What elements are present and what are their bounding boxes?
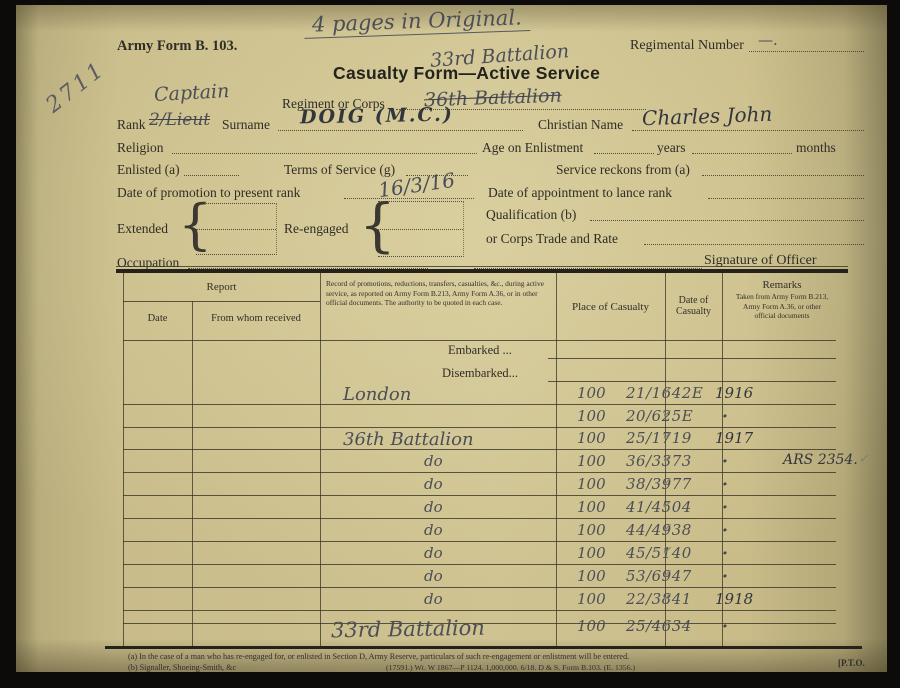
checkmark-icon: ✓ bbox=[661, 520, 673, 536]
reference-entry: 22/3841 bbox=[626, 590, 692, 608]
reengaged-label: Re-engaged bbox=[284, 221, 348, 237]
ditto-dot: · bbox=[722, 567, 728, 587]
age-years-leader bbox=[594, 151, 654, 154]
checkmark-icon: ✓ bbox=[661, 474, 673, 490]
terms-of-service-label: Terms of Service (g) bbox=[284, 162, 395, 178]
place-entry: 100 bbox=[577, 567, 606, 585]
lance-rank-label: Date of appointment to lance rank bbox=[488, 185, 672, 201]
extended-label: Extended bbox=[117, 221, 168, 237]
corps-trade-leader bbox=[644, 242, 864, 245]
footnote-b: (b) Signaller, Shoeing-Smith, &c bbox=[128, 663, 236, 672]
remarks-subheader: Taken from Army Form B.213, Army Form A.… bbox=[732, 292, 832, 321]
table-row: do 100 41/4504 ✓ · bbox=[16, 498, 887, 521]
scanned-document: 4 pages in Original. 2711 Army Form B. 1… bbox=[0, 0, 900, 688]
table-bottom-rule bbox=[105, 646, 862, 649]
christian-name-value: Charles John bbox=[642, 102, 773, 131]
religion-label: Religion bbox=[117, 140, 164, 156]
ditto-entry: do bbox=[424, 498, 443, 516]
table-top-rule-thin bbox=[116, 266, 848, 267]
report-date-header: Date bbox=[123, 313, 192, 324]
service-reckons-label: Service reckons from (a) bbox=[556, 162, 690, 178]
handwritten-pages-note: 4 pages in Original. bbox=[304, 5, 531, 39]
ditto-dot: · bbox=[722, 544, 728, 564]
table-row: do 100 45/5140 ✓ · bbox=[16, 544, 887, 567]
place-entry: 100 bbox=[577, 429, 606, 447]
form-number: Army Form B. 103. bbox=[117, 38, 237, 55]
table-row: 33rd Battalion 100 25/4634 ✓ · bbox=[16, 617, 887, 645]
years-label: years bbox=[657, 140, 685, 156]
regimental-number-leader bbox=[749, 49, 864, 52]
reference-entry: 53/6947 bbox=[626, 567, 692, 585]
checkmark-icon: ✓ bbox=[661, 406, 673, 422]
ditto-entry: do bbox=[424, 544, 443, 562]
qualification-leader bbox=[590, 218, 864, 221]
place-entry: 100 bbox=[577, 590, 606, 608]
place-entry: 100 bbox=[577, 407, 606, 425]
table-row: London 100 21/1642E ✓ 1916 bbox=[16, 384, 887, 407]
ditto-entry: do bbox=[424, 452, 443, 470]
table-row: 36th Battalion 100 25/1719 ✓ 1917 bbox=[16, 429, 887, 452]
report-divider bbox=[123, 301, 320, 302]
checkmark-icon: ✓ bbox=[661, 543, 673, 559]
christian-name-label: Christian Name bbox=[538, 117, 623, 133]
checkmark-icon: ✓ bbox=[661, 497, 673, 513]
date-entry: 1916 bbox=[715, 384, 753, 402]
rank-value: 2/Lieut bbox=[149, 110, 210, 130]
remarks-header: Remarks bbox=[722, 279, 842, 291]
embarked-label: Embarked ... bbox=[448, 343, 512, 358]
remarks-entry: ARS 2354. bbox=[783, 452, 858, 468]
place-entry: 100 bbox=[577, 384, 606, 402]
place-entry: 100 bbox=[577, 475, 606, 493]
table-row: do 100 38/3977 ✓ · bbox=[16, 475, 887, 498]
surname-label: Surname bbox=[222, 117, 270, 133]
reference-entry: 45/5140 bbox=[626, 544, 692, 562]
extended-box-midline bbox=[196, 227, 276, 230]
date-of-casualty-header-line1: Date of bbox=[665, 295, 722, 306]
surname-leader bbox=[278, 128, 523, 131]
checkmark-icon: ✓ bbox=[661, 428, 673, 444]
checkmark-icon: ✓ bbox=[858, 451, 870, 467]
ditto-entry: do bbox=[424, 590, 443, 608]
table-row: do 100 44/4938 ✓ · bbox=[16, 521, 887, 544]
date-entry: 1918 bbox=[715, 590, 753, 608]
regimental-number-value: —. bbox=[758, 31, 778, 49]
place-entry: 100 bbox=[577, 617, 606, 635]
corps-trade-label: or Corps Trade and Rate bbox=[486, 231, 618, 247]
footnote-a: (a) In the case of a man who has re-enga… bbox=[128, 652, 629, 661]
form-page: 4 pages in Original. 2711 Army Form B. 1… bbox=[16, 5, 887, 672]
record-header: Record of promotions, reductions, transf… bbox=[326, 279, 550, 308]
table-row: 100 20/625E ✓ · bbox=[16, 407, 887, 430]
handwritten-rank-note: Captain bbox=[153, 80, 229, 106]
ditto-entry: do bbox=[424, 475, 443, 493]
reference-entry: 41/4504 bbox=[626, 498, 692, 516]
table-row: do 100 36/3373 ✓ · ARS 2354. ✓ bbox=[16, 452, 887, 475]
place-entry: 100 bbox=[577, 498, 606, 516]
checkmark-icon: ✓ bbox=[661, 383, 673, 399]
months-label: months bbox=[796, 140, 836, 156]
place-entry: 100 bbox=[577, 452, 606, 470]
date-entry: 1917 bbox=[715, 429, 753, 447]
religion-leader bbox=[172, 151, 477, 154]
ditto-dot: · bbox=[722, 498, 728, 518]
qualification-label: Qualification (b) bbox=[486, 207, 576, 223]
reference-entry: 20/625E bbox=[626, 407, 693, 425]
table-row: do 100 53/6947 ✓ · bbox=[16, 567, 887, 590]
ditto-dot: · bbox=[722, 452, 728, 472]
enlisted-label: Enlisted (a) bbox=[117, 162, 180, 178]
place-entry: 100 bbox=[577, 521, 606, 539]
print-code: (17591.) Wt. W 1867—P 1124. 1,000,000. 6… bbox=[386, 663, 635, 672]
rank-label: Rank bbox=[117, 117, 146, 133]
place-of-casualty-header: Place of Casualty bbox=[556, 301, 665, 313]
reference-entry: 36/3373 bbox=[626, 452, 692, 470]
disembarked-line bbox=[548, 381, 836, 382]
handwritten-margin-note: 2711 bbox=[42, 57, 111, 119]
lance-leader bbox=[708, 196, 864, 199]
table-top-rule-thick bbox=[116, 269, 848, 273]
age-months-leader bbox=[692, 151, 792, 154]
ditto-entry: do bbox=[424, 567, 443, 585]
reference-entry: 25/1719 bbox=[626, 429, 692, 447]
place-entry: 100 bbox=[577, 544, 606, 562]
surname-value: DOIG (M.C.) bbox=[300, 104, 454, 129]
report-header: Report bbox=[123, 281, 320, 293]
disembarked-label: Disembarked... bbox=[442, 366, 518, 381]
reference-entry: 44/4938 bbox=[626, 521, 692, 539]
reengaged-box-midline bbox=[378, 227, 463, 230]
checkmark-icon: ✓ bbox=[661, 616, 673, 632]
ditto-dot: · bbox=[722, 475, 728, 495]
checkmark-icon: ✓ bbox=[661, 566, 673, 582]
checkmark-icon: ✓ bbox=[661, 589, 673, 605]
reference-entry: 38/3977 bbox=[626, 475, 692, 493]
header-bottom-line bbox=[123, 340, 836, 341]
record-entry: 33rd Battalion bbox=[331, 616, 485, 643]
date-of-casualty-header-line2: Casualty bbox=[665, 306, 722, 317]
form-title: Casualty Form—Active Service bbox=[333, 63, 600, 84]
reference-entry: 25/4634 bbox=[626, 617, 692, 635]
pto-label: [P.T.O. bbox=[838, 658, 865, 668]
regimental-number-label: Regimental Number bbox=[630, 38, 744, 54]
age-on-enlistment-label: Age on Enlistment bbox=[482, 140, 583, 156]
checkmark-icon: ✓ bbox=[661, 451, 673, 467]
reckons-leader bbox=[702, 173, 864, 176]
ditto-dot: · bbox=[722, 407, 728, 427]
from-whom-header: From whom received bbox=[192, 313, 320, 324]
embarked-line bbox=[548, 358, 836, 359]
record-entry: London bbox=[343, 384, 411, 405]
ditto-dot: · bbox=[722, 521, 728, 541]
ditto-entry: do bbox=[424, 521, 443, 539]
enlisted-leader bbox=[184, 173, 239, 176]
ditto-dot: · bbox=[722, 617, 728, 637]
table-row: do 100 22/3841 ✓ 1918 bbox=[16, 590, 887, 613]
record-entry: 36th Battalion bbox=[343, 429, 474, 450]
